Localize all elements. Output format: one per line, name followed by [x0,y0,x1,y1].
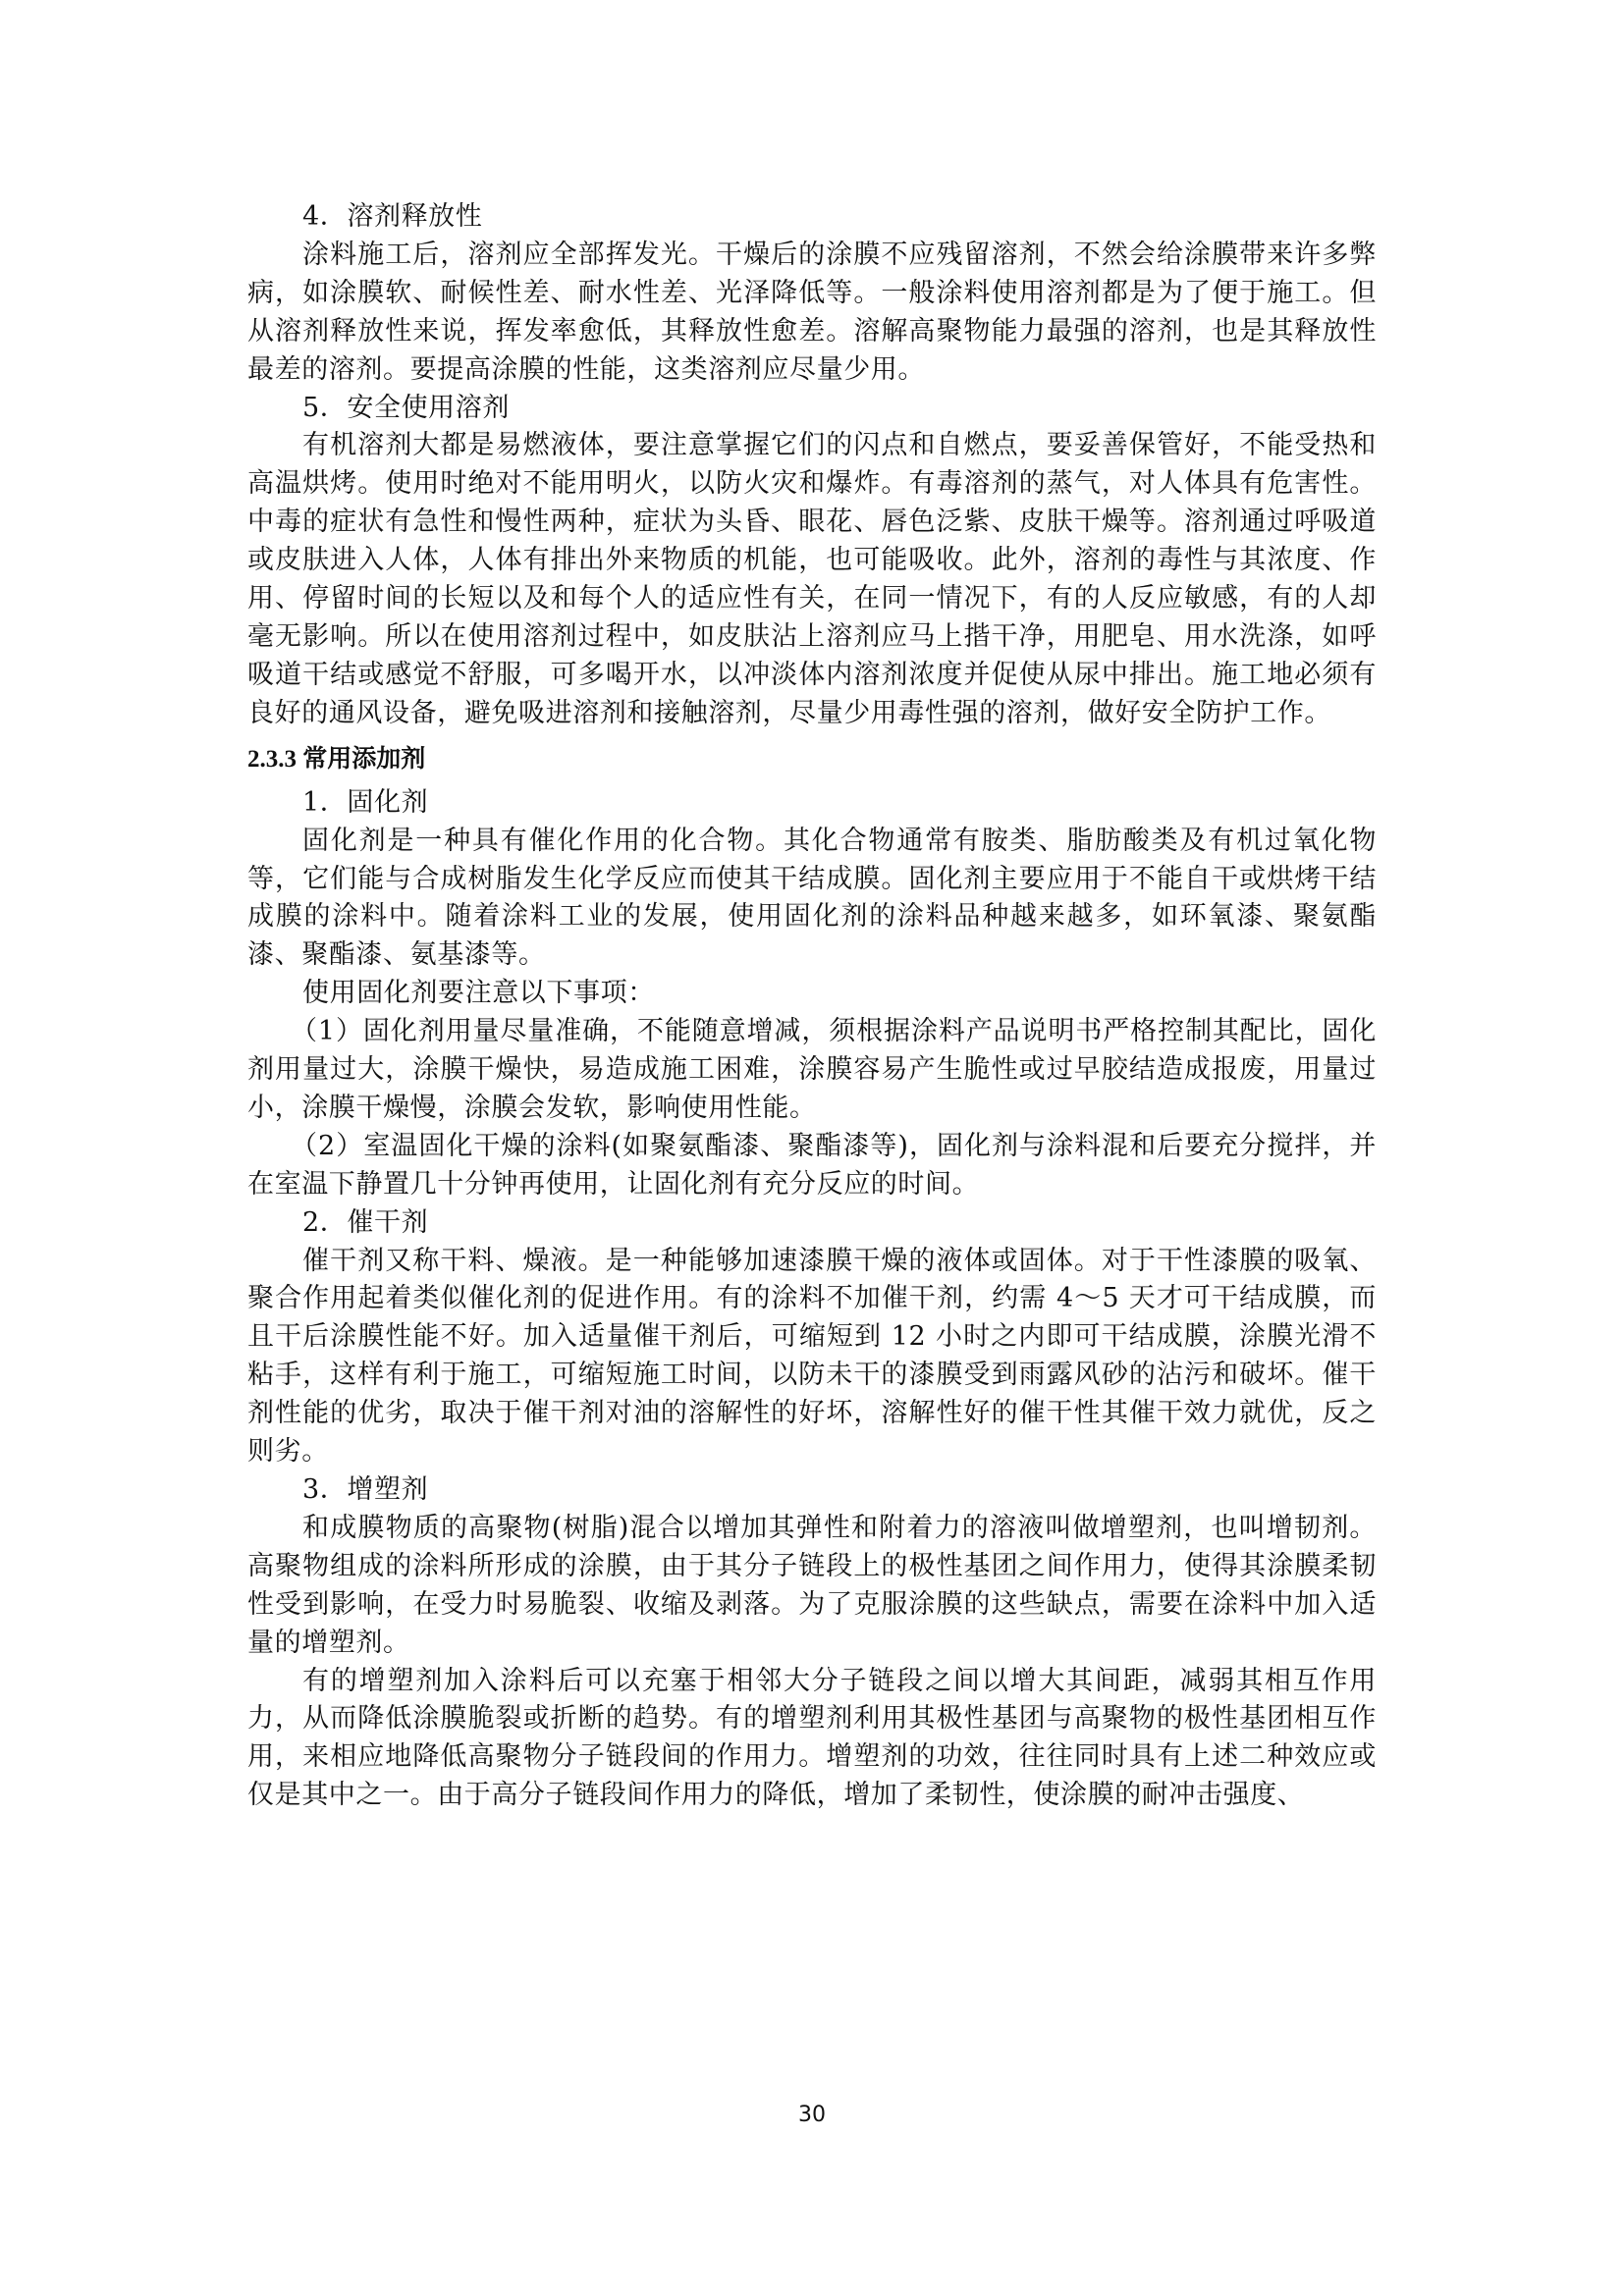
item-title-drier: 2．催干剂 [247,1204,1377,1243]
paragraph-drier: 催干剂又称干料、燥液。是一种能够加速漆膜干燥的液体或固体。对于干性漆膜的吸氧、聚… [247,1243,1377,1471]
sub-item-curing-note-2: （2）室温固化干燥的涂料(如聚氨酯漆、聚酯漆等)，固化剂与涂料混和后要充分搅拌，… [247,1128,1377,1204]
item-title-safe-solvent-use: 5．安全使用溶剂 [247,390,1377,428]
paragraph-solvent-release: 涂料施工后，溶剂应全部挥发光。干燥后的涂膜不应残留溶剂，不然会给涂膜带来许多弊病… [247,237,1377,390]
section-heading-common-additives: 2.3.3 常用添加剂 [247,741,1377,778]
item-title-plasticizer: 3．增塑剂 [247,1471,1377,1510]
item-title-curing-agent: 1．固化剂 [247,784,1377,823]
document-page: 4．溶剂释放性 涂料施工后，溶剂应全部挥发光。干燥后的涂膜不应残留溶剂，不然会给… [0,0,1624,2296]
paragraph-curing-agent-notes-intro: 使用固化剂要注意以下事项： [247,975,1377,1013]
paragraph-curing-agent: 固化剂是一种具有催化作用的化合物。其化合物通常有胺类、脂肪酸类及有机过氧化物等，… [247,823,1377,976]
paragraph-safe-solvent-use: 有机溶剂大都是易燃液体，要注意掌握它们的闪点和自燃点，要妥善保管好，不能受热和高… [247,427,1377,732]
paragraph-plasticizer-1: 和成膜物质的高聚物(树脂)混合以增加其弹性和附着力的溶液叫做增塑剂，也叫增韧剂。… [247,1510,1377,1663]
sub-item-curing-note-1: （1）固化剂用量尽量准确，不能随意增减，须根据涂料产品说明书严格控制其配比，固化… [247,1013,1377,1128]
item-title-solvent-release: 4．溶剂释放性 [247,198,1377,237]
paragraph-plasticizer-2: 有的增塑剂加入涂料后可以充塞于相邻大分子链段之间以增大其间距，减弱其相互作用力，… [247,1663,1377,1816]
page-body: 4．溶剂释放性 涂料施工后，溶剂应全部挥发光。干燥后的涂膜不应残留溶剂，不然会给… [247,198,1377,1815]
page-number: 30 [0,2103,1624,2127]
